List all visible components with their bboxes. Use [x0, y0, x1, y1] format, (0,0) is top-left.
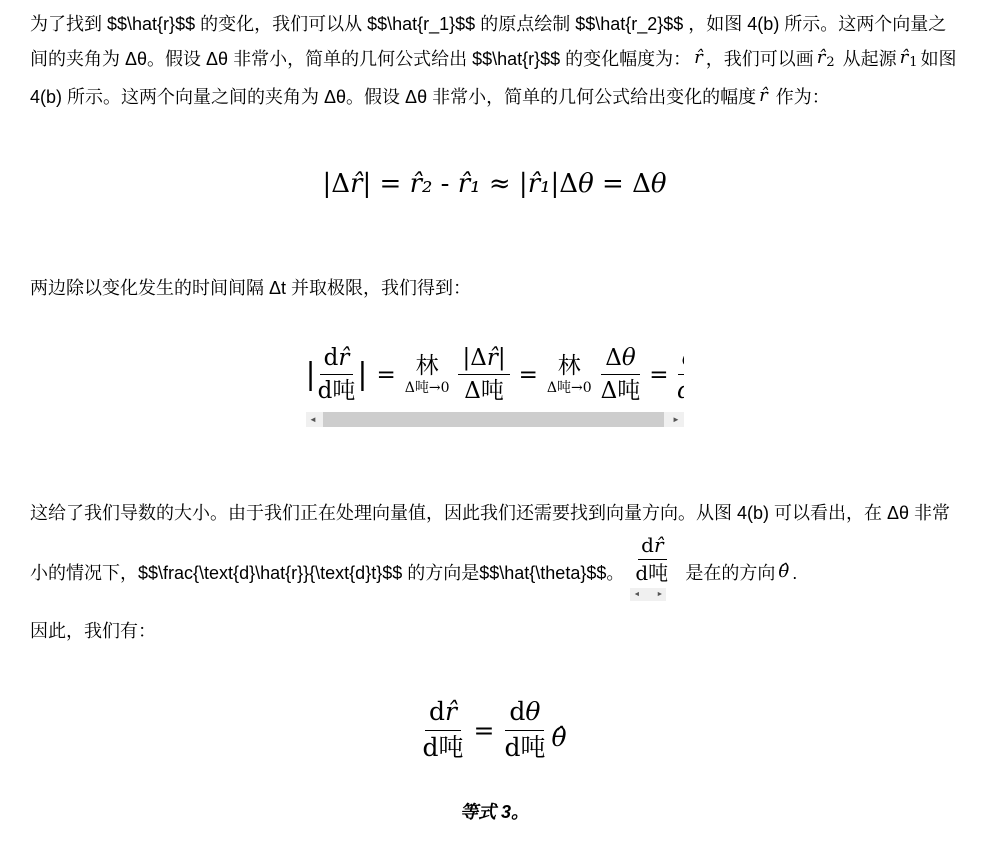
inline-math-theta-hat: θ̂: [778, 561, 789, 582]
fraction-dr-dt: dr̂d吨: [318, 345, 356, 405]
formula-text: θ: [525, 697, 540, 726]
inline-scrollable-formula[interactable]: dr̂d吨◄►: [630, 530, 674, 601]
paragraph-4: 因此，我们有：: [30, 615, 959, 648]
math-subscript: 1: [909, 55, 917, 70]
formula-text: d: [641, 536, 654, 556]
fraction-abs-delta-r: |Δr̂|Δ吨: [458, 345, 509, 405]
formula-text: |Δ: [323, 169, 351, 199]
formula-text: Δ吨: [601, 375, 641, 404]
math-symbol: r̂: [759, 85, 768, 106]
fraction-dtheta-dt: dθd吨: [504, 698, 545, 763]
equals-sign: =: [519, 362, 538, 388]
math-symbol: θ̂: [778, 561, 789, 582]
paragraph-3-text: 是在的方向: [680, 563, 775, 583]
paragraph-2: 两边除以变化发生的时间间隔 Δt 并取极限，我们得到：: [30, 272, 959, 305]
limit-block: 林Δ吨→0: [547, 355, 592, 395]
formula-text: θ: [578, 169, 594, 199]
document-body: 为了找到 $$\hat{r}$$ 的变化，我们可以从 $$\hat{r_1}$$…: [0, 0, 985, 824]
formula-text: d吨: [318, 375, 356, 404]
formula-text: θ: [622, 345, 636, 371]
paragraph-3: 这给了我们导数的大小。由于我们正在处理向量值，因此我们还需要找到向量方向。从图 …: [30, 497, 959, 601]
display-formula-derivative: |dr̂d吨| = 林Δ吨→0 |Δr̂|Δ吨 = 林Δ吨→0 ΔθΔ吨 = d…: [306, 345, 684, 405]
display-formula-delta-r: |Δr̂| = r̂₂ - r̂₁ ≈ |r̂₁|Δθ = Δθ: [30, 166, 959, 202]
formula-text: |Δ: [462, 345, 486, 371]
fraction-delta-theta: ΔθΔ吨: [601, 345, 641, 405]
formula-text: r̂: [654, 536, 664, 556]
lhs-abs-fraction: |dr̂d吨|: [306, 345, 368, 405]
abs-bar: |: [306, 357, 316, 392]
scrollbar-track[interactable]: [321, 412, 669, 427]
formula-text: dθ: [678, 345, 683, 375]
math-subscript: 2: [826, 55, 834, 70]
inline-math-r-hat: r̂: [694, 47, 703, 68]
limit-subscript: Δ吨→0: [547, 381, 592, 395]
paragraph-1: 为了找到 $$\hat{r}$$ 的变化，我们可以从 $$\hat{r_1}$$…: [30, 8, 959, 114]
formula-text: d: [324, 345, 339, 371]
formula-text: r̂: [350, 169, 362, 199]
limit-subscript: Δ吨→0: [405, 381, 450, 395]
formula-text: | =: [362, 169, 409, 199]
formula-text: θ: [651, 169, 667, 199]
formula-text: r̂₁: [458, 169, 481, 199]
limit-text: 林: [558, 355, 581, 378]
formula-text: r̂₂: [410, 169, 433, 199]
formula-text: = Δ: [594, 169, 651, 199]
horizontal-scrollbar[interactable]: ◄ ►: [306, 412, 684, 427]
formula-text: r̂: [487, 345, 498, 371]
formula-text: |Δ: [551, 169, 579, 199]
fraction-dr-dt-small: dr̂d吨: [630, 536, 674, 556]
inline-math-r-hat: r̂: [759, 85, 768, 106]
equation-caption: 等式 3。: [30, 798, 959, 824]
formula-text: Δ: [605, 345, 622, 371]
paragraph-1-text: ，我们可以画: [706, 49, 814, 69]
clipped-inline-fraction: dr̂d吨: [630, 536, 674, 556]
theta-hat-symbol: θ̂: [551, 723, 566, 752]
equals-sign: =: [649, 362, 668, 388]
scroll-right-icon[interactable]: ►: [655, 588, 664, 601]
limit-text: 林: [416, 355, 439, 378]
abs-bar: |: [357, 357, 367, 392]
equals-sign: =: [376, 362, 395, 388]
paragraph-1-text: 作为：: [771, 87, 830, 107]
display-formula-equation-3: dr̂d吨 = dθd吨 θ̂: [30, 698, 959, 763]
formula-text: d吨: [504, 731, 545, 763]
inline-math-r-hat-1: r̂1: [900, 47, 918, 68]
scroll-right-icon[interactable]: ►: [669, 412, 684, 427]
formula-text: d: [509, 697, 525, 726]
equals-sign: =: [473, 716, 494, 745]
limit-block: 林Δ吨→0: [405, 355, 450, 395]
scroll-left-icon[interactable]: ◄: [632, 588, 641, 601]
formula-text: r̂: [338, 345, 349, 371]
formula-text: r̂: [445, 697, 457, 726]
math-symbol: r̂: [694, 47, 703, 68]
paragraph-3-text: 这给了我们导数的大小。由于我们正在处理向量值，因此我们还需要找到向量方向。从图 …: [30, 503, 950, 583]
math-symbol: r̂: [900, 47, 909, 68]
fraction-dtheta-dt: dθd吨: [678, 345, 684, 405]
mini-horizontal-scrollbar[interactable]: ◄►: [630, 588, 666, 601]
formula-text: -: [432, 169, 457, 199]
formula-text: r̂₁: [528, 169, 551, 199]
scrollable-formula-container[interactable]: |dr̂d吨| = 林Δ吨→0 |Δr̂|Δ吨 = 林Δ吨→0 ΔθΔ吨 = d…: [306, 345, 684, 427]
fraction-dr-dt: dr̂d吨: [422, 698, 463, 763]
scrollbar-thumb[interactable]: [323, 412, 664, 427]
paragraph-1-text: 从起源: [838, 49, 897, 69]
formula-text: d吨: [678, 375, 684, 404]
formula-text: Δ吨: [464, 375, 504, 404]
scroll-left-icon[interactable]: ◄: [306, 412, 321, 427]
math-symbol: r̂: [817, 47, 826, 68]
formula-text: |: [498, 345, 506, 371]
clipped-fraction-wrap: dθd吨: [678, 345, 684, 405]
formula-text: ≈ |: [481, 169, 528, 199]
inline-math-r-hat-2: r̂2: [817, 47, 835, 68]
paragraph-3-text: .: [792, 563, 797, 583]
formula-text: d吨: [422, 731, 463, 763]
formula-text: d: [429, 697, 445, 726]
